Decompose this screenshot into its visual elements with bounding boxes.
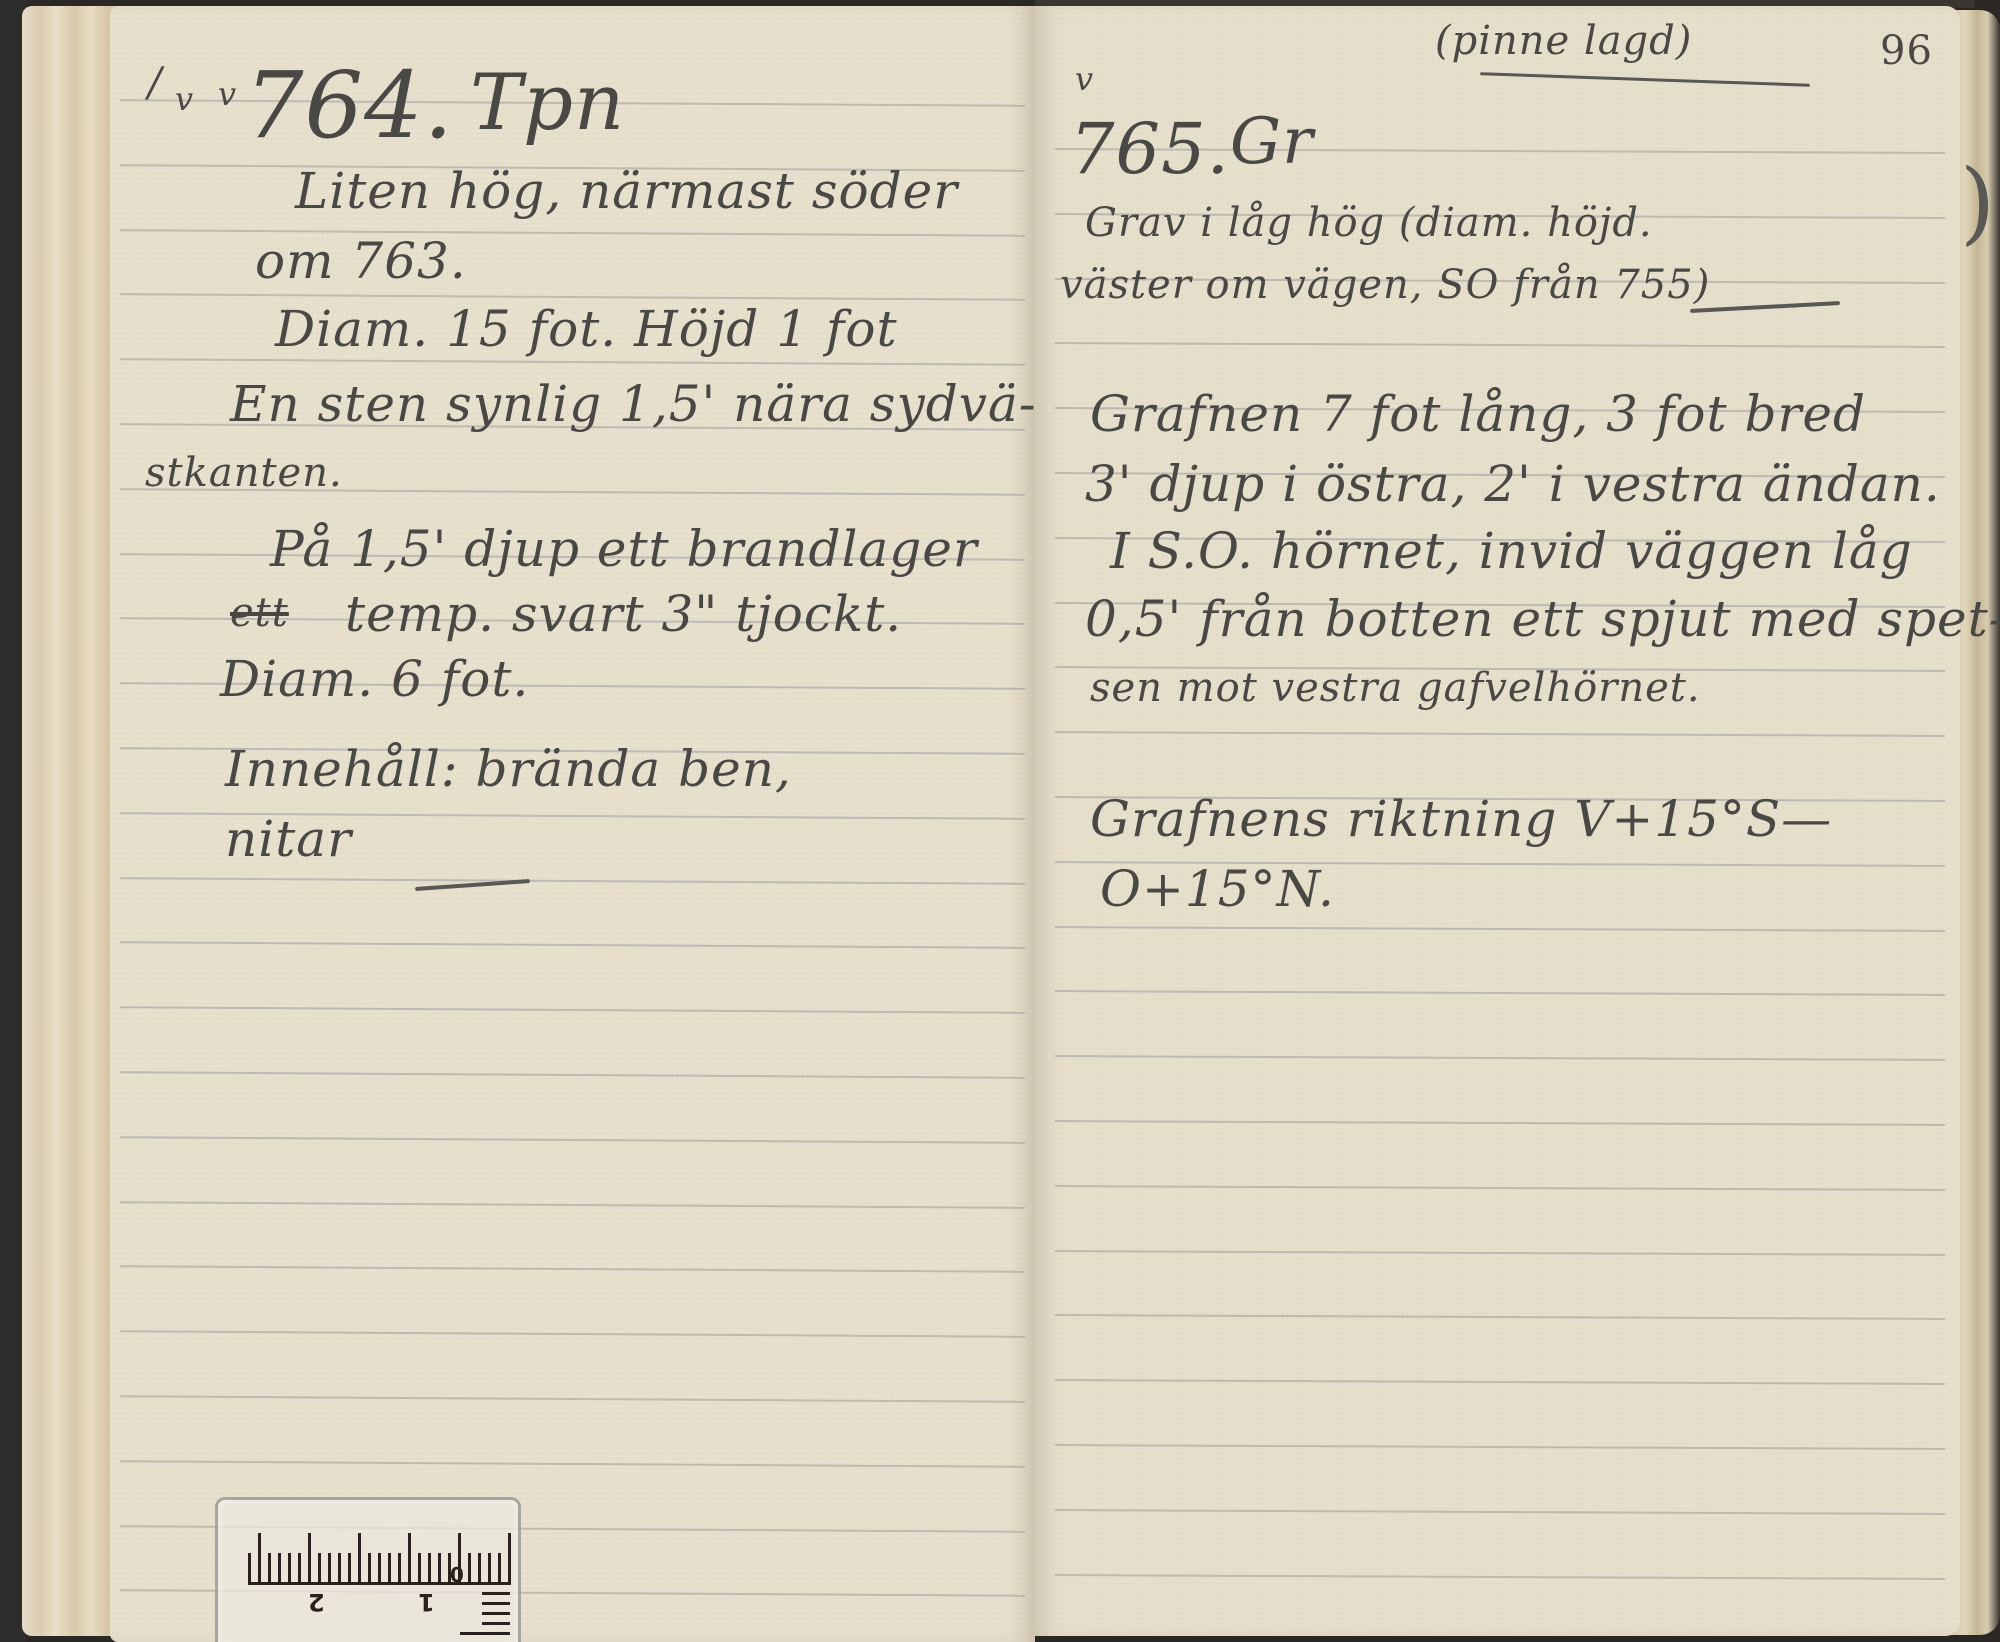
- ruler-tick: [328, 1553, 331, 1585]
- ruled-line: [120, 1266, 1025, 1274]
- entry-label: Tpn: [470, 58, 625, 148]
- ruler-vertical-tick: [482, 1622, 510, 1625]
- ruled-line: [120, 1330, 1025, 1338]
- text-line: En sten synlig 1,5' nära sydvä-: [230, 375, 1037, 433]
- notebook-spread: / v v 764. Tpn Liten hög, närmast söder …: [0, 0, 2000, 1642]
- ruled-line: [1055, 1250, 1945, 1256]
- ruler-tick: [318, 1553, 321, 1585]
- entry-label: Gr: [1230, 105, 1314, 179]
- ruler-tick: [358, 1533, 361, 1585]
- ruler-label-1: 1: [418, 1588, 435, 1616]
- text-line: Diam. 6 fot.: [220, 650, 529, 708]
- ruler-tick: [468, 1553, 471, 1585]
- ruler-tick: [438, 1553, 441, 1585]
- text-line: stkanten.: [145, 450, 343, 496]
- ruled-line: [120, 1201, 1025, 1209]
- ruled-line: [1055, 1185, 1945, 1191]
- struck-text: ett: [230, 590, 289, 636]
- ruler-tick: [508, 1533, 511, 1585]
- text-line: O+15°N.: [1100, 860, 1335, 918]
- check-mark: v: [175, 80, 194, 118]
- ruler-tick: [248, 1553, 251, 1585]
- ruled-line: [1055, 1509, 1945, 1515]
- page-number: 96: [1880, 28, 1933, 74]
- ruled-line: [1055, 1379, 1945, 1385]
- ruled-line: [1055, 1120, 1945, 1126]
- text-line: 3' djup i östra, 2' i vestra ändan.: [1085, 455, 1941, 513]
- ruler-tick: [288, 1553, 291, 1585]
- check-mark: v: [218, 75, 237, 113]
- check-mark: v: [1075, 60, 1094, 98]
- ruled-line: [1055, 1444, 1945, 1450]
- text-line: Grafnen 7 fot lång, 3 fot bred: [1090, 385, 1866, 443]
- text-line: 0,5' från botten ett spjut med spet-: [1085, 590, 2000, 648]
- text-line: Innehåll: brända ben,: [225, 740, 792, 798]
- text-line: om 763.: [255, 232, 467, 290]
- text-line: sen mot vestra gafvelhörnet.: [1090, 665, 1701, 711]
- ruled-line: [120, 1006, 1025, 1014]
- ruler-tick: [308, 1533, 311, 1585]
- ruled-line: [120, 877, 1025, 885]
- ruled-line: [1055, 990, 1945, 996]
- text-line: temp. svart 3" tjockt.: [345, 585, 902, 643]
- ruled-line: [120, 1136, 1025, 1144]
- text-line: I S.O. hörnet, invid väggen låg: [1110, 522, 1913, 580]
- ruled-line: [120, 942, 1025, 950]
- text-line: nitar: [225, 810, 352, 868]
- ruler-tick: [368, 1553, 371, 1585]
- text-line: Grav i låg hög (diam. höjd.: [1085, 200, 1653, 246]
- top-note: (pinne lagd): [1435, 18, 1692, 64]
- ruler-tick: [378, 1553, 381, 1585]
- ruler-tick: [458, 1533, 461, 1585]
- ruled-line: [1055, 926, 1945, 932]
- ruled-line: [120, 358, 1025, 366]
- ruler-tick: [408, 1533, 411, 1585]
- scale-ruler: 2 1 0: [215, 1497, 521, 1642]
- ruler-tick: [418, 1553, 421, 1585]
- ruler-tick: [428, 1553, 431, 1585]
- ruler-tick: [398, 1553, 401, 1585]
- ruler-vertical-tick: [482, 1612, 510, 1615]
- text-line: väster om vägen, SO från 755): [1060, 262, 1710, 308]
- ruled-line: [1055, 731, 1945, 737]
- ruled-line: [1055, 342, 1945, 348]
- margin-mark: /: [148, 60, 162, 106]
- ruler-tick: [298, 1553, 301, 1585]
- ruler-tick: [388, 1553, 391, 1585]
- ruler-tick: [478, 1553, 481, 1585]
- entry-number: 765.: [1070, 108, 1230, 190]
- ruled-line: [1055, 1574, 1945, 1580]
- ruled-line: [120, 1071, 1025, 1079]
- ruled-line: [1055, 1055, 1945, 1061]
- ruler-tick: [488, 1553, 491, 1585]
- ruler-label-2: 2: [308, 1588, 325, 1616]
- ruled-line: [120, 1460, 1025, 1468]
- ruled-line: [1055, 1314, 1945, 1320]
- ruler-tick: [258, 1533, 261, 1585]
- text-line: Liten hög, närmast söder: [295, 162, 958, 220]
- entry-number: 764.: [245, 52, 454, 159]
- ruler-vertical-tick: [482, 1602, 510, 1605]
- ruler-tick: [448, 1553, 451, 1585]
- ruler-tick: [498, 1553, 501, 1585]
- ruler-vertical-tick: [482, 1592, 510, 1595]
- ruler-tick: [348, 1553, 351, 1585]
- ruled-line: [120, 1395, 1025, 1403]
- ruler-vertical-tick: [460, 1632, 510, 1635]
- text-line: Diam. 15 fot. Höjd 1 fot: [275, 300, 898, 358]
- text-line: På 1,5' djup ett brandlager: [270, 520, 978, 578]
- ruler-tick: [278, 1553, 281, 1585]
- ruler-label-0: 0: [450, 1562, 464, 1586]
- ruler-tick: [268, 1553, 271, 1585]
- ruler-tick: [338, 1553, 341, 1585]
- closing-paren: ): [1960, 150, 1996, 255]
- text-line: Grafnens riktning V+15°S—: [1090, 790, 1832, 848]
